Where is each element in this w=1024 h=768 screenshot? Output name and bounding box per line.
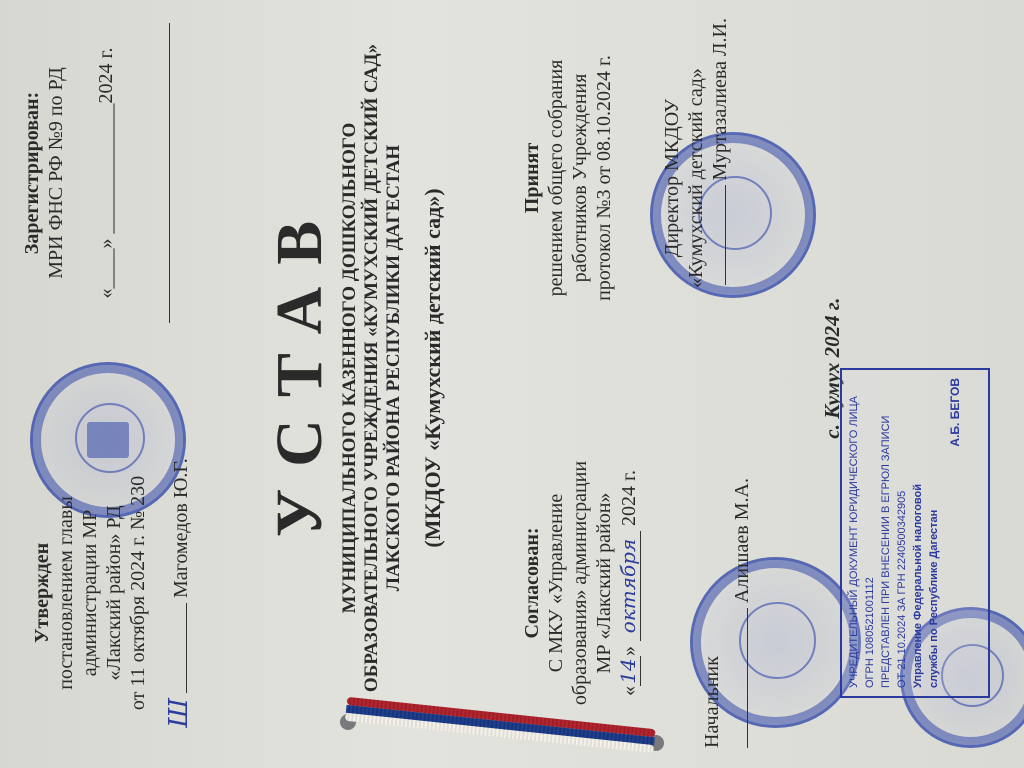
director-name: Муртазалиева Л.И. bbox=[709, 18, 731, 180]
approved-line: постановлением главы bbox=[54, 428, 78, 758]
approved-line: администрации МР bbox=[78, 428, 102, 758]
agreed-date: «14» октября 2024 г. bbox=[616, 398, 641, 768]
agreed-line: С МКУ «Управление bbox=[544, 398, 568, 768]
accepted-line: протокол №3 от 08.10.2024 г. bbox=[592, 8, 616, 348]
stamp-authority: службы по Республике Дагестан bbox=[927, 378, 943, 688]
accepted-line: решением общего собрания bbox=[544, 8, 568, 348]
director-block: Директор МКДОУ «Кумухский детский сад» М… bbox=[660, 8, 732, 348]
department-head-title: Начальник bbox=[700, 418, 724, 748]
institution-name-line: МУНИЦИПАЛЬНОГО КАЗЕННОГО ДОШКОЛЬНОГО bbox=[339, 8, 361, 728]
director-signature-line bbox=[725, 185, 726, 285]
registered-block: Зарегистрирован: МРИ ФНС РФ №9 по РД «__… bbox=[20, 8, 176, 338]
registered-heading: Зарегистрирован: bbox=[20, 8, 44, 338]
registration-signature-line bbox=[169, 23, 170, 323]
accepted-line: работников Учреждения bbox=[568, 8, 592, 348]
institution-abbreviation: (МКДОУ «Кумухский детский сад») bbox=[420, 8, 446, 728]
approved-signature-line: Ш Магомедов Ю.Г. bbox=[164, 428, 195, 758]
agreed-year: 2024 г. bbox=[618, 470, 640, 526]
approved-block: Утвержден постановлением главы администр… bbox=[30, 428, 195, 758]
department-head-block: Начальник Алишаев М.А. bbox=[700, 418, 754, 748]
registered-date: «____» _____________2024 г. bbox=[94, 8, 118, 338]
approver-name: Магомедов Ю.Г. bbox=[170, 458, 192, 598]
signature: Ш bbox=[164, 698, 194, 728]
stamp-grn: ОТ 21.10.2024 ЗА ГРН 2240500342905 bbox=[895, 378, 911, 688]
approved-line: от 11 октября 2024 г. № 230 bbox=[126, 428, 150, 758]
stamp-line: ПРЕДСТАВЛЕН ПРИ ВНЕСЕНИИ В ЕГРЮЛ ЗАПИСИ bbox=[879, 378, 895, 688]
stamp-line: УЧРЕДИТЕЛЬНЫЙ ДОКУМЕНТ ЮРИДИЧЕСКОГО ЛИЦА bbox=[847, 378, 863, 688]
institution-name-line: ЛАКСКОГО РАЙОНА РЕСПУБЛИКИ ДАГЕСТАН bbox=[383, 8, 405, 728]
document-title: УСТАВ bbox=[260, 8, 339, 728]
agreed-day: 14 bbox=[616, 656, 641, 686]
accepted-block: Принят решением общего собрания работник… bbox=[520, 8, 616, 348]
approved-heading: Утвержден bbox=[30, 428, 54, 758]
agreed-line: МР «Лакский район» bbox=[592, 398, 616, 768]
department-head-signature-line bbox=[747, 608, 748, 748]
agreed-block: Согласован: С МКУ «Управление образовани… bbox=[520, 398, 641, 768]
stamp-ogrn: ОГРН 1080521001112 bbox=[863, 378, 879, 688]
charter-title-page: Утвержден постановлением главы администр… bbox=[0, 0, 1024, 768]
director-organization: «Кумухский детский сад» bbox=[684, 8, 708, 348]
institution-name-line: ОБРАЗОВАТЕЛЬНОГО УЧРЕЖДЕНИЯ «КУМУХСКИЙ Д… bbox=[361, 8, 383, 728]
department-head-name: Алишаев М.А. bbox=[731, 478, 753, 603]
agreed-month: октября bbox=[616, 531, 641, 641]
accepted-heading: Принят bbox=[520, 8, 544, 348]
document-title-block: УСТАВ МУНИЦИПАЛЬНОГО КАЗЕННОГО ДОШКОЛЬНО… bbox=[260, 8, 405, 728]
approved-line: «Лакский район» РД bbox=[102, 428, 126, 758]
director-title: Директор МКДОУ bbox=[660, 8, 684, 348]
stamp-signer: А.Б. БЕГОВ bbox=[947, 378, 964, 688]
agreed-line: образования» админисрации bbox=[568, 398, 592, 768]
stamp-authority: Управление Федеральной налоговой bbox=[911, 378, 927, 688]
registration-stamp: УЧРЕДИТЕЛЬНЫЙ ДОКУМЕНТ ЮРИДИЧЕСКОГО ЛИЦА… bbox=[840, 368, 990, 698]
registered-authority: МРИ ФНС РФ №9 по РД bbox=[44, 8, 68, 338]
agreed-heading: Согласован: bbox=[520, 398, 544, 768]
